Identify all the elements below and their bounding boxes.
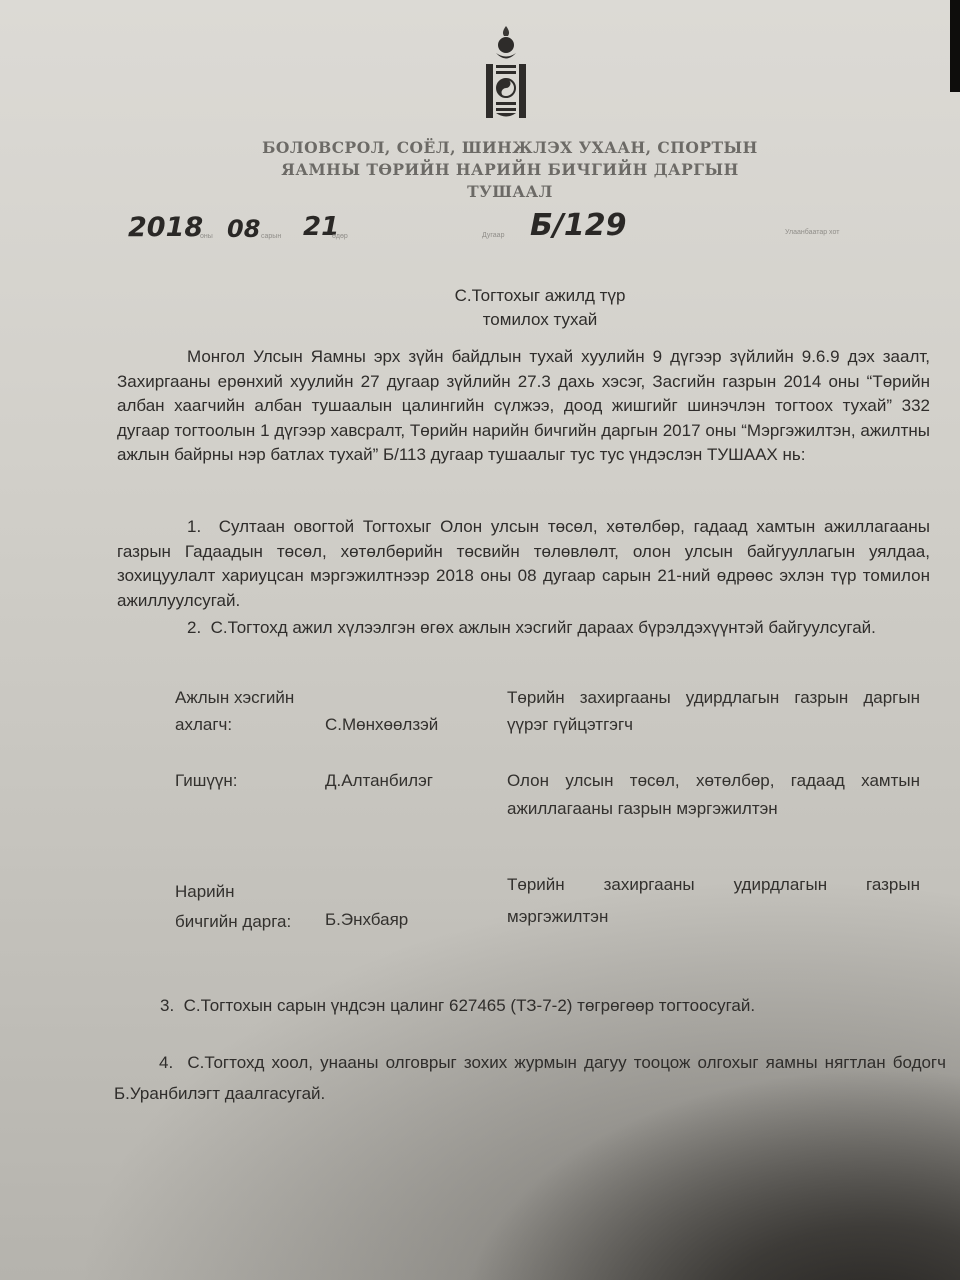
year-label: оны [200,233,213,240]
ministry-header: БОЛОВСРОЛ, СОЁЛ, ШИНЖЛЭХ УХААН, СПОРТЫН … [200,137,820,203]
order-item-3: 3. С.Тогтохын сарын үндсэн цалинг 627465… [160,994,940,1019]
order-number: Б/129 [530,208,626,243]
committee-position: Төрийн захиргааны удирдлагын газрын мэрг… [507,869,920,933]
place-label: Улаанбаатар хот [785,229,839,236]
item-text: С.Тогтохд ажил хүлээлгэн өгөх ажлын хэсг… [211,618,876,637]
order-item-4: 4. С.Тогтохд хоол, унааны олговрыг зохих… [114,1047,946,1109]
header-line-1: БОЛОВСРОЛ, СОЁЛ, ШИНЖЛЭХ УХААН, СПОРТЫН [200,137,820,159]
header-line-3: ТУШААЛ [200,181,820,203]
item-number: 3. [160,996,174,1015]
committee-name: С.Мөнхөөлзэй [325,711,438,738]
committee-name: Д.Алтанбилэг [325,767,433,794]
item-number: 4. [159,1053,173,1072]
order-month: 08 [227,215,260,243]
item-number: 1. [187,517,201,536]
month-label: сарын [261,233,281,240]
order-item-1: 1. Султаан овогтой Тогтохыг Олон улсын т… [117,515,930,613]
item-text: С.Тогтохын сарын үндсэн цалинг 627465 (Т… [184,996,755,1015]
committee-position: Олон улсын төсөл, хөтөлбөр, гадаад хамты… [507,767,920,823]
order-year: 2018 [128,212,203,243]
committee-name: Б.Энхбаяр [325,906,408,933]
committee-role: Гишүүн: [175,767,295,794]
preamble-paragraph: Монгол Улсын Яамны эрх зүйн байдлын туха… [117,345,930,468]
order-title: С.Тогтохыг ажилд түр томилох тухай [300,284,780,332]
item-number: 2. [187,618,201,637]
item-text: С.Тогтохд хоол, унааны олговрыг зохих жу… [114,1053,946,1103]
title-line-2: томилох тухай [300,308,780,332]
header-line-2: ЯАМНЫ ТӨРИЙН НАРИЙН БИЧГИЙН ДАРГЫН [200,159,820,181]
background-edge [950,0,960,92]
title-line-1: С.Тогтохыг ажилд түр [300,284,780,308]
order-item-2: 2. С.Тогтохд ажил хүлээлгэн өгөх ажлын х… [117,616,930,641]
committee-role: Ажлын хэсгийн ахлагч: [175,684,295,738]
committee-role: Нарийн бичгийн дарга: [175,877,295,937]
soyombo-emblem-icon [484,24,528,120]
committee-position: Төрийн захиргааны удирдлагын газрын дарг… [507,684,920,738]
day-label: өдөр [332,233,348,240]
document-page: БОЛОВСРОЛ, СОЁЛ, ШИНЖЛЭХ УХААН, СПОРТЫН … [0,0,960,1280]
number-label: Дугаар [482,232,504,239]
item-text: Султаан овогтой Тогтохыг Олон улсын төсө… [117,517,930,610]
